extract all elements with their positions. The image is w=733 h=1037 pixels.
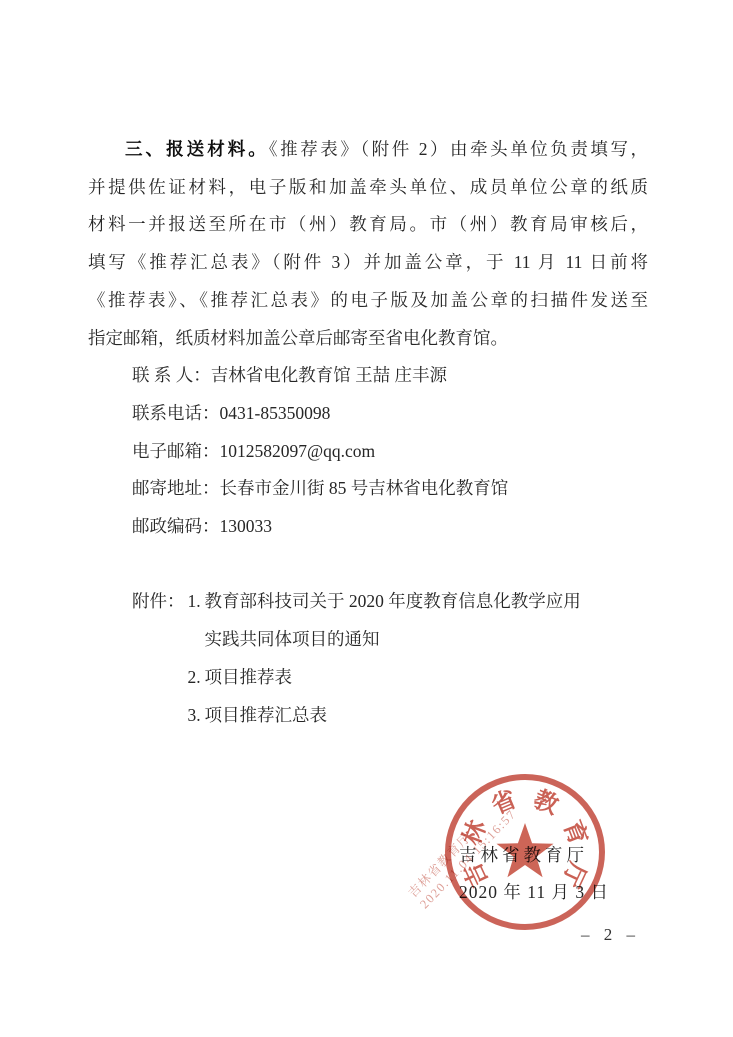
contact-label: 邮寄地址： [132,470,220,508]
attachments-block: 附件： 1. 教育部科技司关于 2020 年度教育信息化教学应用 实践共同体项目… [88,583,648,734]
attachment-number: 2. [188,659,205,697]
seal-arc-char: 林 [458,816,492,849]
attachment-number: 3. [188,697,205,735]
attachment-text: 项目推荐汇总表 [205,697,328,735]
seal-arc-char: 厅 [556,858,591,891]
official-seal: 吉 林 省 教 育 厅 [441,772,609,934]
attachment-item: 2. 项目推荐表 [188,659,649,697]
contact-row-phone: 联系电话：0431-85350098 [88,395,648,433]
contact-row-postcode: 邮政编码：130033 [88,508,648,546]
contact-label: 联系电话： [132,395,220,433]
seal-arc-char: 吉 [459,858,494,891]
paragraph-line1-rest: 《推荐表》（附件 2）由牵头单位负责填写， [269,139,648,159]
paragraph-line: 《推荐表》、《推荐汇总表》的电子版及加盖公章的扫描件发送至 [88,282,648,320]
seal-star-icon [497,823,554,877]
seal-arc-char: 省 [488,786,521,820]
paragraph-line: 并提供佐证材料，电子版和加盖牵头单位、成员单位公章的纸质 [88,169,648,207]
page-number: – 2 – [581,925,640,945]
attachment-text: 教育部科技司关于 2020 年度教育信息化教学应用 实践共同体项目的通知 [205,583,581,658]
document-page: 三、报送材料。《推荐表》（附件 2）由牵头单位负责填写， 并提供佐证材料，电子版… [0,0,733,1037]
seal-arc-char: 育 [558,816,593,848]
contact-value: 1012582097@qq.com [220,441,376,461]
contact-row-email: 电子邮箱：1012582097@qq.com [88,433,648,471]
attachment-text-line: 实践共同体项目的通知 [205,621,581,659]
contact-row-person: 联 系 人：吉林省电化教育馆 王喆 庄丰源 [88,357,648,395]
contact-label: 邮政编码： [132,508,220,546]
contact-value: 130033 [220,516,273,536]
paragraph-bold-lead: 三、报送材料。 [125,139,269,159]
attachment-text-line: 项目推荐表 [205,659,293,697]
contact-row-address: 邮寄地址：长春市金川街 85 号吉林省电化教育馆 [88,470,648,508]
attachment-item: 1. 教育部科技司关于 2020 年度教育信息化教学应用 实践共同体项目的通知 [188,583,649,658]
attachments-list: 1. 教育部科技司关于 2020 年度教育信息化教学应用 实践共同体项目的通知 … [188,583,649,734]
contact-label: 电子邮箱： [132,433,220,471]
paragraph-line: 三、报送材料。《推荐表》（附件 2）由牵头单位负责填写， [88,131,648,169]
seal-arc-char: 教 [530,786,564,821]
contact-label: 联 系 人： [132,357,211,395]
spacer [88,546,648,584]
contact-value: 长春市金川街 85 号吉林省电化教育馆 [220,478,509,498]
paragraph-line: 材料一并报送至所在市（州）教育局。市（州）教育局审核后， [88,206,648,244]
attachment-number: 1. [188,583,205,658]
paragraph-line: 填写《推荐汇总表》（附件 3）并加盖公章，于 11 月 11 日前将 [88,244,648,282]
attachments-label: 附件： [132,583,185,734]
paragraph-line: 指定邮箱，纸质材料加盖公章后邮寄至省电化教育馆。 [88,320,648,358]
attachment-text-line: 教育部科技司关于 2020 年度教育信息化教学应用 [205,583,581,621]
contact-value: 0431-85350098 [220,403,331,423]
document-body: 三、报送材料。《推荐表》（附件 2）由牵头单位负责填写， 并提供佐证材料，电子版… [88,131,648,734]
attachment-text: 项目推荐表 [205,659,293,697]
attachment-item: 3. 项目推荐汇总表 [188,697,649,735]
attachment-text-line: 项目推荐汇总表 [205,697,328,735]
contact-value: 吉林省电化教育馆 王喆 庄丰源 [211,365,447,385]
